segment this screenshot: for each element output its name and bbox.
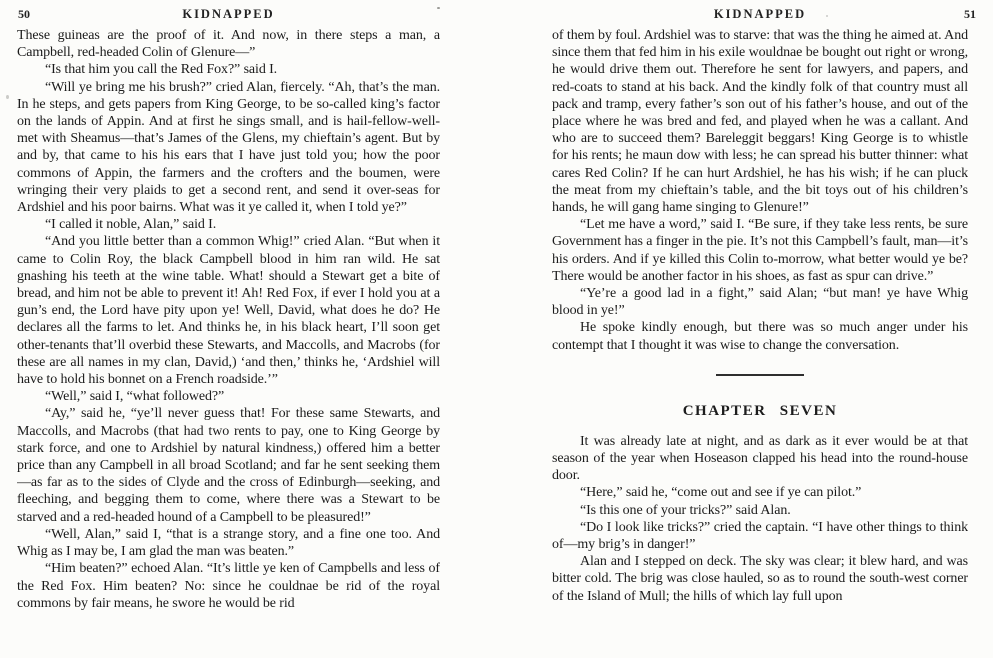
paragraph: “Do I look like tricks?” cried the capta… <box>552 519 968 553</box>
paragraph: He spoke kindly enough, but there was so… <box>552 319 968 353</box>
paragraph: It was already late at night, and as dar… <box>552 433 968 485</box>
paragraph: “Him beaten?” echoed Alan. “It’s little … <box>17 560 440 612</box>
paragraph: “I called it noble, Alan,” said I. <box>17 216 440 233</box>
paragraph: “Well,” said I, “what followed?” <box>17 388 440 405</box>
paragraph: “Ye’re a good lad in a fight,” said Alan… <box>552 285 968 319</box>
scan-speck <box>6 95 9 99</box>
paragraph: “Ay,” said he, “ye’ll never guess that! … <box>17 405 440 525</box>
page-left-text: These guineas are the proof of it. And n… <box>17 27 440 649</box>
paragraph: “Is that him you call the Red Fox?” said… <box>17 61 440 78</box>
page-right-section-2: It was already late at night, and as dar… <box>552 433 968 605</box>
paragraph: These guineas are the proof of it. And n… <box>17 27 440 61</box>
paragraph: “Well, Alan,” said I, “that is a strange… <box>17 526 440 560</box>
paragraph: “Is this one of your tricks?” said Alan. <box>552 502 968 519</box>
running-header-right: KIDNAPPED <box>552 7 968 22</box>
page-left: 50 KIDNAPPED These guineas are the proof… <box>0 0 497 658</box>
paragraph: “Here,” said he, “come out and see if ye… <box>552 484 968 501</box>
paragraph: “And you little better than a common Whi… <box>17 233 440 388</box>
section-divider-rule <box>716 374 804 376</box>
paragraph: “Let me have a word,” said I. “Be sure, … <box>552 216 968 285</box>
running-header-left: KIDNAPPED <box>17 7 440 22</box>
paragraph: of them by foul. Ardshiel was to starve:… <box>552 27 968 216</box>
scan-speck <box>826 15 828 17</box>
page-right-section-1: of them by foul. Ardshiel was to starve:… <box>552 27 968 354</box>
page-right: 51 KIDNAPPED of them by foul. Ardshiel w… <box>497 0 993 658</box>
chapter-heading: CHAPTER SEVEN <box>552 402 968 421</box>
book-spread: 50 KIDNAPPED These guineas are the proof… <box>0 0 993 658</box>
page-right-text: of them by foul. Ardshiel was to starve:… <box>552 27 968 652</box>
paragraph: Alan and I stepped on deck. The sky was … <box>552 553 968 605</box>
paragraph: “Will ye bring me his brush?” cried Alan… <box>17 79 440 217</box>
scan-speck <box>437 7 440 9</box>
